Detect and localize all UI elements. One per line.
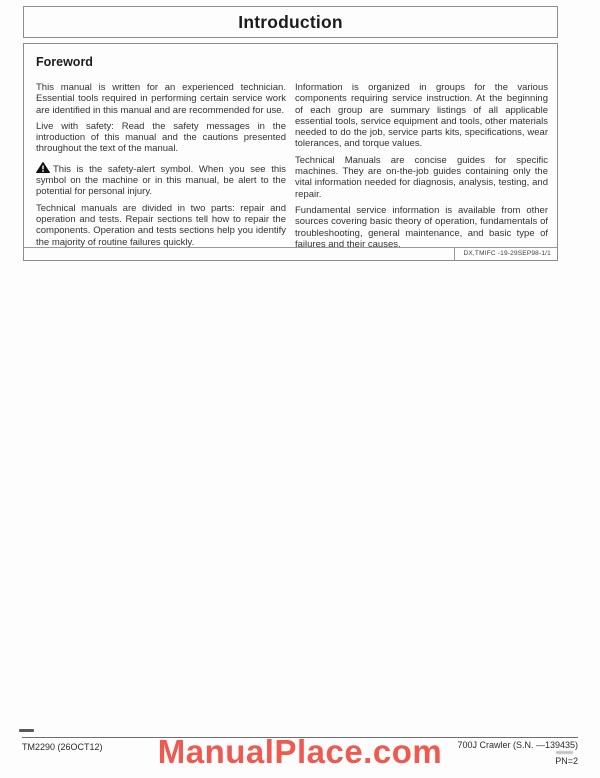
page-title: Introduction (238, 12, 342, 33)
safety-alert-icon (36, 162, 50, 173)
footer-rule (22, 737, 578, 738)
manual-number: TM2290 (26OCT12) (22, 742, 103, 752)
page-title-box: Introduction (23, 6, 558, 38)
manual-page: Introduction Foreword This manual is wri… (0, 0, 600, 778)
paragraph: Fundamental service information is avail… (295, 205, 548, 250)
safety-alert-paragraph: This is the safety-alert symbol. When yo… (36, 162, 286, 198)
print-artifact-mark (19, 729, 34, 732)
paragraph: Technical Manuals are concise guides for… (295, 155, 548, 200)
right-column: Information is organized in groups for t… (295, 82, 548, 255)
micro-print (556, 751, 573, 754)
paragraph: Technical manuals are divided in two par… (36, 203, 286, 248)
reference-code-cell: DX,TMIFC -19-29SEP98-1/1 (454, 248, 557, 260)
two-column-text: This manual is written for an experience… (24, 69, 557, 255)
model-serial-number: 700J Crawler (S.N. —139435) (457, 740, 578, 750)
foreword-section: Foreword This manual is written for an e… (23, 43, 558, 261)
reference-code: DX,TMIFC -19-29SEP98-1/1 (463, 250, 551, 257)
paragraph: This manual is written for an experience… (36, 82, 286, 116)
paragraph-text: This is the safety-alert symbol. When yo… (36, 164, 286, 198)
paragraph: Live with safety: Read the safety messag… (36, 121, 286, 155)
paragraph: Information is organized in groups for t… (295, 82, 548, 150)
section-heading: Foreword (36, 55, 557, 69)
left-column: This manual is written for an experience… (36, 82, 286, 255)
page-number: PN=2 (555, 756, 578, 766)
